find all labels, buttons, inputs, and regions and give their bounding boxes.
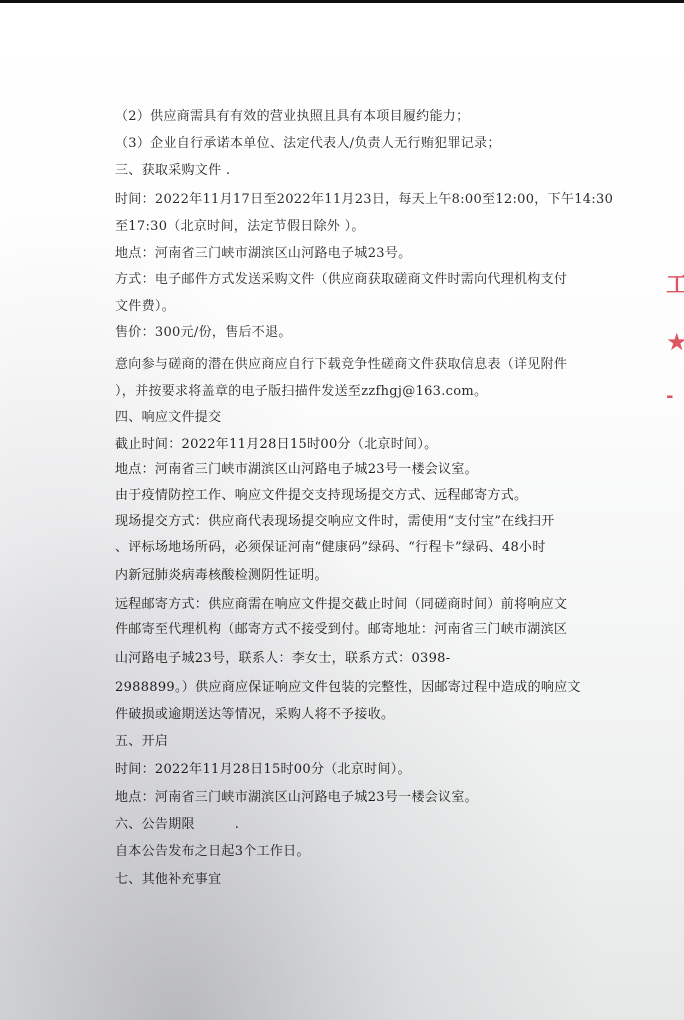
mail-submission-line-5: 件破损或逾期送达等情况，采购人将不予接收。 [115,706,394,724]
section-4-heading: 四、响应文件提交 [115,409,221,427]
mail-submission-line-2: 件邮寄至代理机构（邮寄方式不接受到付。邮寄地址：河南省三门峡市湖滨区 [115,621,567,639]
acquisition-method-line-2: 文件费）。 [115,298,175,316]
acquisition-time-line-1: 时间：2022年11月17日至2022年11月23日，每天上午8:00至12:0… [115,191,613,209]
submission-deadline: 截止时间：2022年11月28日15时00分（北京时间）。 [115,436,437,454]
section-3-heading: 三、获取采购文件 . [115,162,230,180]
onsite-submission-line-2: 、评标场地场所码，必须保证河南“健康码”绿码、“行程卡”绿码、48小时 [115,539,546,557]
onsite-submission-line-3: 内新冠肺炎病毒核酸检测阴性证明。 [115,567,328,585]
intent-notice-line-2: ），并按要求将盖章的电子版扫描件发送至zzfhgj@163.com。 [115,383,487,401]
seal-stamp-fragment-2: - [666,386,673,407]
seal-stamp-fragment-1: 工 [666,268,684,299]
opening-time: 时间：2022年11月28日15时00分（北京时间）。 [115,761,411,779]
requirement-2: （2）供应商需具有有效的营业执照且具有本项目履约能力； [115,108,469,126]
requirement-3: （3）企业自行承诺本单位、法定代表人/负责人无行贿犯罪记录； [115,135,501,153]
seal-star-icon: ★ [666,328,684,356]
acquisition-time-line-2: 至17:30（北京时间，法定节假日除外 ）。 [115,218,365,236]
mail-submission-line-1: 远程邮寄方式：供应商需在响应文件提交截止时间（同磋商时间）前将响应文 [115,596,567,614]
submission-location: 地点：河南省三门峡市湖滨区山河路电子城23号一楼会议室。 [115,461,478,479]
opening-location: 地点：河南省三门峡市湖滨区山河路电子城23号一楼会议室。 [115,789,478,807]
intent-notice-line-1: 意向参与磋商的潜在供应商应自行下载竞争性磋商文件获取信息表（详见附件 [115,356,567,374]
acquisition-location: 地点：河南省三门峡市湖滨区山河路电子城23号。 [115,245,411,263]
onsite-submission-line-1: 现场提交方式：供应商代表现场提交响应文件时，需使用“支付宝”在线扫开 [115,513,555,531]
notice-period: 自本公告发布之日起3个工作日。 [115,843,310,861]
mail-submission-line-3: 山河路电子城23号，联系人：李女士，联系方式：0398- [115,650,450,668]
mail-submission-line-4: 2988899。）供应商应保证响应文件包装的完整性，因邮寄过程中造成的响应文 [115,679,581,697]
acquisition-method-line-1: 方式：电子邮件方式发送采购文件（供应商获取磋商文件时需向代理机构支付 [115,271,567,289]
section-5-heading: 五、开启 [115,733,168,751]
price: 售价：300元/份，售后不退。 [115,324,292,342]
section-6-heading: 六、公告期限 . [115,816,239,834]
section-7-heading: 七、其他补充事宜 [115,871,221,889]
submission-methods: 由于疫情防控工作、响应文件提交支持现场提交方式、远程邮寄方式。 [115,487,527,505]
paper-background [0,3,684,1020]
